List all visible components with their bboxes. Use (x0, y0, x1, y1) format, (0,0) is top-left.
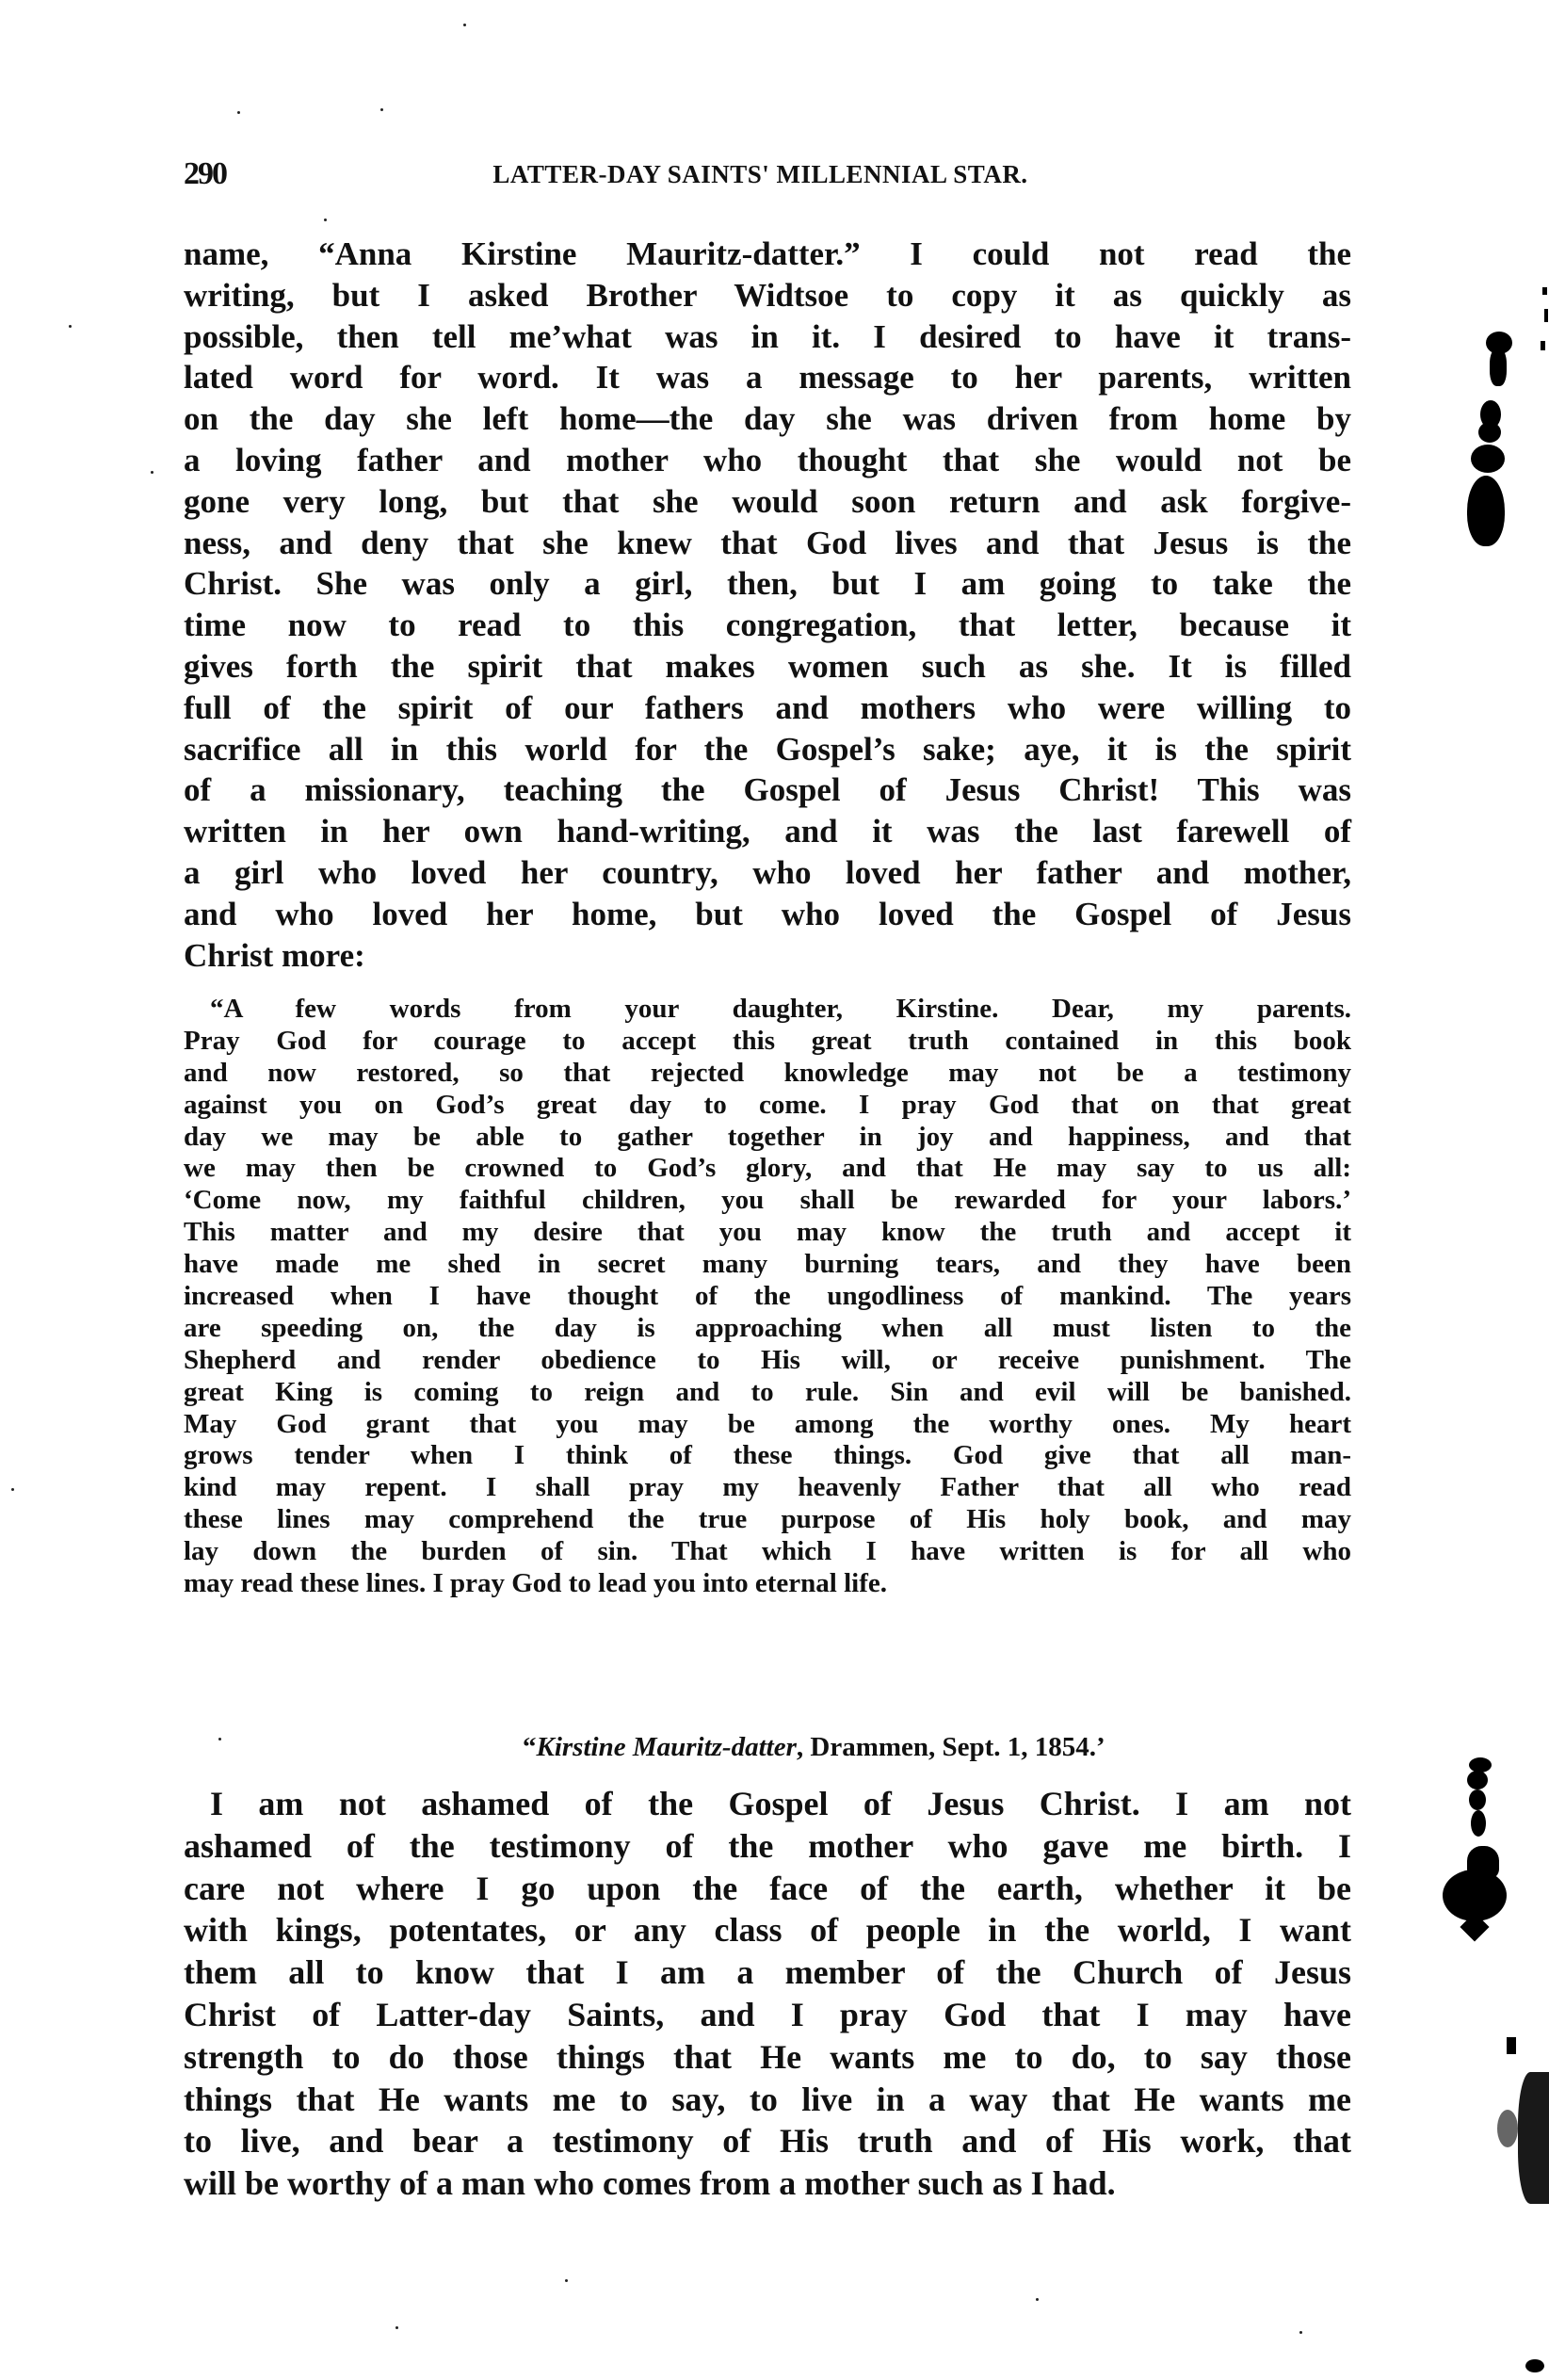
text-line: on the day she left home—the day she was… (184, 398, 1351, 440)
signature-open-quote: “ (523, 1732, 537, 1762)
text-line: Christ of Latter-day Saints, and I pray … (184, 1994, 1351, 2036)
text-line: name, “Anna Kirstine Mauritz-datter.” I … (184, 234, 1351, 275)
letter-quote: “A few words from your daughter, Kirstin… (184, 994, 1351, 1600)
text-line: things that He wants me to say, to live … (184, 2079, 1351, 2121)
text-line: possible, then tell me’what was in it. I… (184, 316, 1351, 358)
paragraph-2: I am not ashamed of the Gospel of Jesus … (184, 1783, 1351, 2205)
quote-line: lay down the burden of sin. That which I… (184, 1536, 1351, 1568)
page-number: 290 (184, 151, 226, 198)
text-line: will be worthy of a man who comes from a… (184, 2162, 1351, 2205)
quote-line: we may then be crowned to God’s glory, a… (184, 1153, 1351, 1185)
quote-line: Pray God for courage to accept this grea… (184, 1026, 1351, 1058)
quote-line: these lines may comprehend the true purp… (184, 1504, 1351, 1536)
text-line: time now to read to this congregation, t… (184, 605, 1351, 646)
text-line: ness, and deny that she knew that God li… (184, 523, 1351, 564)
text-line: with kings, potentates, or any class of … (184, 1909, 1351, 1951)
text-line: and who loved her home, but who loved th… (184, 894, 1351, 935)
text-line: them all to know that I am a member of t… (184, 1951, 1351, 1994)
quote-line: may read these lines. I pray God to lead… (184, 1568, 1351, 1600)
text-line: to live, and bear a testimony of His tru… (184, 2120, 1351, 2162)
text-line: strength to do those things that He want… (184, 2036, 1351, 2079)
text-line: lated word for word. It was a message to… (184, 357, 1351, 398)
letter-signature: “Kirstine Mauritz-datter, Drammen, Sept.… (523, 1731, 1105, 1763)
text-line: I am not ashamed of the Gospel of Jesus … (184, 1783, 1351, 1825)
text-line: Christ. She was only a girl, then, but I… (184, 563, 1351, 605)
text-line: Christ more: (184, 935, 1351, 977)
quote-line: May God grant that you may be among the … (184, 1409, 1351, 1441)
quote-line: day we may be able to gather together in… (184, 1122, 1351, 1154)
text-line: writing, but I asked Brother Widtsoe to … (184, 275, 1351, 316)
text-line: full of the spirit of our fathers and mo… (184, 688, 1351, 729)
signature-place-date: , Drammen, Sept. 1, 1854.’ (797, 1732, 1105, 1762)
quote-line: kind may repent. I shall pray my heavenl… (184, 1472, 1351, 1504)
quote-line: great King is coming to reign and to rul… (184, 1377, 1351, 1409)
text-line: gone very long, but that she would soon … (184, 481, 1351, 523)
quote-line: are speeding on, the day is approaching … (184, 1313, 1351, 1345)
quote-line: This matter and my desire that you may k… (184, 1217, 1351, 1249)
quote-line: increased when I have thought of the ung… (184, 1281, 1351, 1313)
quote-line: grows tender when I think of these thing… (184, 1440, 1351, 1472)
text-line: care not where I go upon the face of the… (184, 1868, 1351, 1910)
text-line: a loving father and mother who thought t… (184, 440, 1351, 481)
quote-line: “A few words from your daughter, Kirstin… (184, 994, 1351, 1026)
text-line: ashamed of the testimony of the mother w… (184, 1825, 1351, 1868)
journal-title: LATTER-DAY SAINTS' MILLENNIAL STAR. (414, 151, 1106, 198)
paragraph-1: name, “Anna Kirstine Mauritz-datter.” I … (184, 234, 1351, 976)
quote-line: against you on God’s great day to come. … (184, 1090, 1351, 1122)
quote-line: Shepherd and render obedience to His wil… (184, 1345, 1351, 1377)
text-line: gives forth the spirit that makes women … (184, 646, 1351, 688)
text-line: of a missionary, teaching the Gospel of … (184, 769, 1351, 811)
quote-line: have made me shed in secret many burning… (184, 1249, 1351, 1281)
running-head: 290 LATTER-DAY SAINTS' MILLENNIAL STAR. (184, 151, 1351, 198)
signature-name: Kirstine Mauritz-datter (537, 1732, 797, 1762)
text-line: sacrifice all in this world for the Gosp… (184, 729, 1351, 770)
quote-line: ‘Come now, my faithful children, you sha… (184, 1185, 1351, 1217)
text-line: a girl who loved her country, who loved … (184, 852, 1351, 894)
scanned-page: 290 LATTER-DAY SAINTS' MILLENNIAL STAR. … (0, 0, 1549, 2380)
text-line: written in her own hand-writing, and it … (184, 811, 1351, 852)
quote-line: and now restored, so that rejected knowl… (184, 1058, 1351, 1090)
